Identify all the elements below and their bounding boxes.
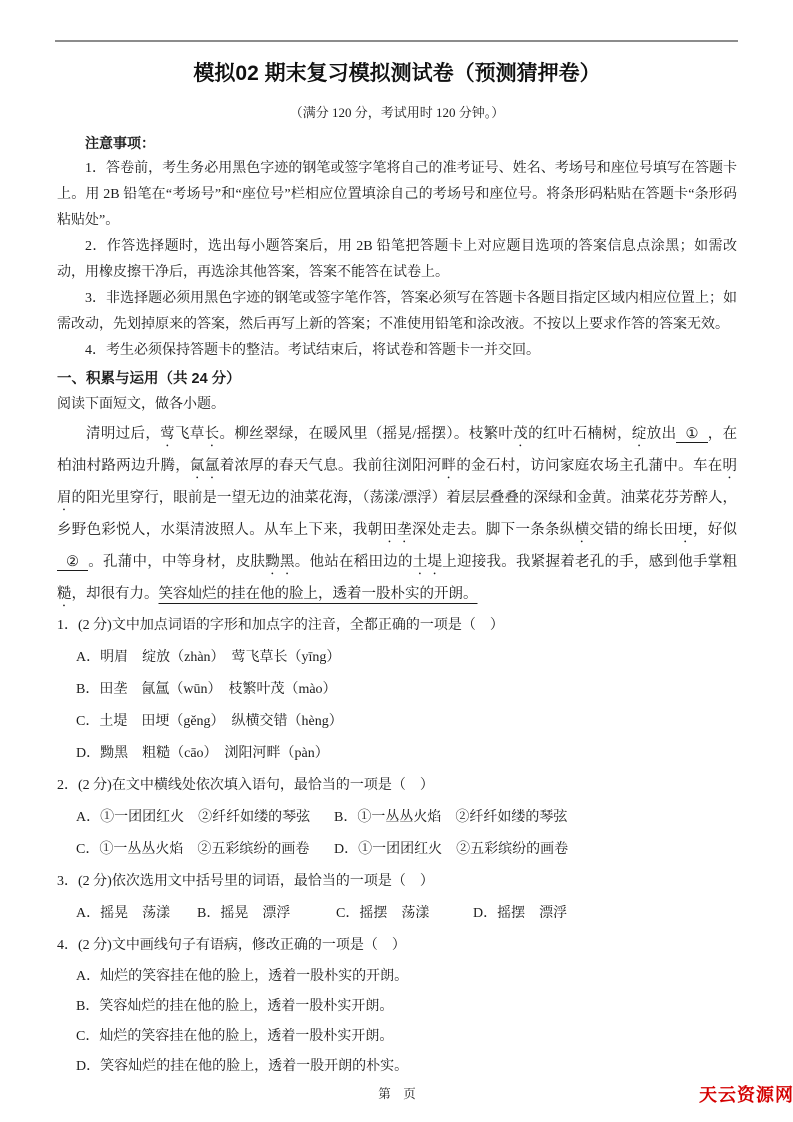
passage-segment: 土堤 bbox=[413, 554, 443, 570]
passage-segment: 氤氲 bbox=[190, 458, 220, 474]
answer-option: D．黝黑 粗糙（cāo） 浏阳河畔（pàn） bbox=[76, 738, 737, 770]
answer-option: A．灿烂的笑容挂在他的脸上，透着一股朴实的开朗。 bbox=[76, 962, 737, 992]
exam-page: 模拟02 期末复习模拟测试卷（预测猜押卷） （满分 120 分，考试用时 120… bbox=[0, 60, 793, 1082]
option-group: A．①一团团红火 ②纤纤如缕的琴弦B．①一丛丛火焰 ②纤纤如缕的琴弦C．①一丛丛… bbox=[57, 802, 737, 866]
passage-segment: 埂 bbox=[678, 522, 693, 538]
passage-segment: 放出 bbox=[647, 426, 677, 442]
passage-segment: 交错的绵长田 bbox=[589, 522, 678, 538]
passage-segment: 茂 bbox=[513, 426, 528, 442]
underlined-sentence: 笑容灿烂的挂在他的脸上，透着一股朴实的开朗。 bbox=[159, 586, 478, 602]
question-stem: 2．(2 分)在文中横线处依次填入语句，最恰当的一项是（ ） bbox=[57, 770, 737, 802]
passage-segment: 。他站在稻田边的 bbox=[295, 554, 413, 570]
watermark: 天云资源网 bbox=[699, 1081, 793, 1107]
notice-heading: 注意事项： bbox=[57, 130, 737, 156]
question-stem: 1．(2 分)文中加点词语的字形和加点字的注音，全都正确的一项是（ ） bbox=[57, 610, 737, 642]
passage-intro: 阅读下面短文，做各小题。 bbox=[57, 392, 737, 418]
question-stem: 3．(2 分)依次选用文中括号里的词语，最恰当的一项是（ ） bbox=[57, 866, 737, 898]
passage-segment: 田垄 bbox=[382, 522, 412, 538]
question-stem: 4．(2 分)文中画线句子有语病，修改正确的一项是（ ） bbox=[57, 930, 737, 962]
fill-blank: ① bbox=[676, 426, 707, 443]
answer-option: C．土堤 田埂（gěng） 纵横交错（hèng） bbox=[76, 706, 737, 738]
exam-score-time: （满分 120 分，考试用时 120 分钟。） bbox=[57, 104, 737, 122]
passage-segment: ，却很有力。 bbox=[72, 586, 159, 602]
question-1: 1．(2 分)文中加点词语的字形和加点字的注音，全都正确的一项是（ ）A．明眉 … bbox=[57, 610, 737, 770]
page-title: 模拟02 期末复习模拟测试卷（预测猜押卷） bbox=[57, 60, 737, 88]
answer-option: C．摇摆 荡漾 bbox=[336, 898, 473, 930]
fill-blank: ② bbox=[57, 554, 88, 571]
passage-segment: 。柳丝翠绿，在暖风里（摇晃/摇摆）。枝繁叶 bbox=[220, 426, 514, 442]
passage-segment: 飞草 bbox=[175, 426, 205, 442]
answer-option: D．摇摆 漂浮 bbox=[473, 898, 567, 930]
reading-passage: 清明过后，莺飞草长。柳丝翠绿，在暖风里（摇晃/摇摆）。枝繁叶茂的红叶石楠树，绽放… bbox=[57, 418, 737, 610]
passage-segment: 莺 bbox=[160, 426, 175, 442]
question-2: 2．(2 分)在文中横线处依次填入语句，最恰当的一项是（ ）A．①一团团红火 ②… bbox=[57, 770, 737, 866]
answer-option: D．①一团团红火 ②五彩缤纷的画卷 bbox=[334, 834, 737, 866]
passage-segment: 黝黑 bbox=[265, 554, 295, 570]
notice-section: 注意事项： 1．答卷前，考生务必用黑色字迹的钢笔或签字笔将自己的准考证号、姓名、… bbox=[57, 130, 737, 364]
passage-segment: 清明过后， bbox=[86, 426, 160, 442]
passage-segment: 绽 bbox=[632, 426, 647, 442]
notice-item: 3．非选择题必须用黑色字迹的钢笔或签字笔作答，答案必须写在答题卡各题目指定区域内… bbox=[57, 286, 737, 338]
answer-option: C．灿烂的笑容挂在他的脸上，透着一股朴实开朗。 bbox=[76, 1022, 737, 1052]
answer-option: B．笑容灿烂的挂在他的脸上，透着一股朴实开朗。 bbox=[76, 992, 737, 1022]
passage-segment: 。孔蒲中，中等身材，皮肤 bbox=[88, 554, 265, 570]
passage-segment: 横 bbox=[575, 522, 590, 538]
passage-segment: 着浓厚的春天气息。我前往浏阳河 bbox=[220, 458, 442, 474]
question-4: 4．(2 分)文中画线句子有语病，修改正确的一项是（ ）A．灿烂的笑容挂在他的脸… bbox=[57, 930, 737, 1082]
answer-option: B．田垄 氤氲（wūn） 枝繁叶茂（mào） bbox=[76, 674, 737, 706]
passage-segment: 的红叶石楠树， bbox=[528, 426, 632, 442]
passage-segment: 糙 bbox=[57, 586, 72, 602]
passage-segment: 长 bbox=[205, 426, 220, 442]
question-3: 3．(2 分)依次选用文中括号里的词语，最恰当的一项是（ ）A．摇晃 荡漾B．摇… bbox=[57, 866, 737, 930]
answer-option: A．明眉 绽放（zhàn） 莺飞草长（yīng） bbox=[76, 642, 737, 674]
answer-option: B．①一丛丛火焰 ②纤纤如缕的琴弦 bbox=[334, 802, 737, 834]
option-group: A．灿烂的笑容挂在他的脸上，透着一股朴实的开朗。B．笑容灿烂的挂在他的脸上，透着… bbox=[57, 962, 737, 1082]
section-heading: 一、积累与运用（共 24 分） bbox=[57, 366, 737, 392]
answer-option: C．①一丛丛火焰 ②五彩缤纷的画卷 bbox=[76, 834, 334, 866]
notice-item: 2．作答选择题时，选出每小题答案后，用 2B 铅笔把答题卡上对应题目选项的答案信… bbox=[57, 234, 737, 286]
question-list: 1．(2 分)文中加点词语的字形和加点字的注音，全都正确的一项是（ ）A．明眉 … bbox=[57, 610, 737, 1082]
header-rule bbox=[55, 40, 738, 42]
answer-option: A．①一团团红火 ②纤纤如缕的琴弦 bbox=[76, 802, 334, 834]
notice-items: 1．答卷前，考生务必用黑色字迹的钢笔或签字笔将自己的准考证号、姓名、考场号和座位… bbox=[57, 156, 737, 364]
passage-segment: 深处走去。脚下一条条纵 bbox=[412, 522, 575, 538]
passage-segment: 的金石村，访问家庭农场主孔蒲中。车在 bbox=[456, 458, 722, 474]
passage-segment: ，好似 bbox=[693, 522, 737, 538]
answer-option: A．摇晃 荡漾 bbox=[76, 898, 197, 930]
answer-option: D．笑容灿烂的挂在他的脸上，透着一股开朗的朴实。 bbox=[76, 1052, 737, 1082]
passage-segment: 上迎接我。我紧握着老孔的手，感到他手掌粗 bbox=[442, 554, 737, 570]
page-number-footer: 第 页 bbox=[57, 1084, 737, 1102]
option-group: A．摇晃 荡漾B．摇晃 漂浮C．摇摆 荡漾D．摇摆 漂浮 bbox=[57, 898, 737, 930]
notice-item: 1．答卷前，考生务必用黑色字迹的钢笔或签字笔将自己的准考证号、姓名、考场号和座位… bbox=[57, 156, 737, 234]
passage-segment: 畔 bbox=[442, 458, 457, 474]
answer-option: B．摇晃 漂浮 bbox=[197, 898, 336, 930]
option-group: A．明眉 绽放（zhàn） 莺飞草长（yīng）B．田垄 氤氲（wūn） 枝繁叶… bbox=[57, 642, 737, 770]
notice-item: 4．考生必须保持答题卡的整洁。考试结束后，将试卷和答题卡一并交回。 bbox=[57, 338, 737, 364]
